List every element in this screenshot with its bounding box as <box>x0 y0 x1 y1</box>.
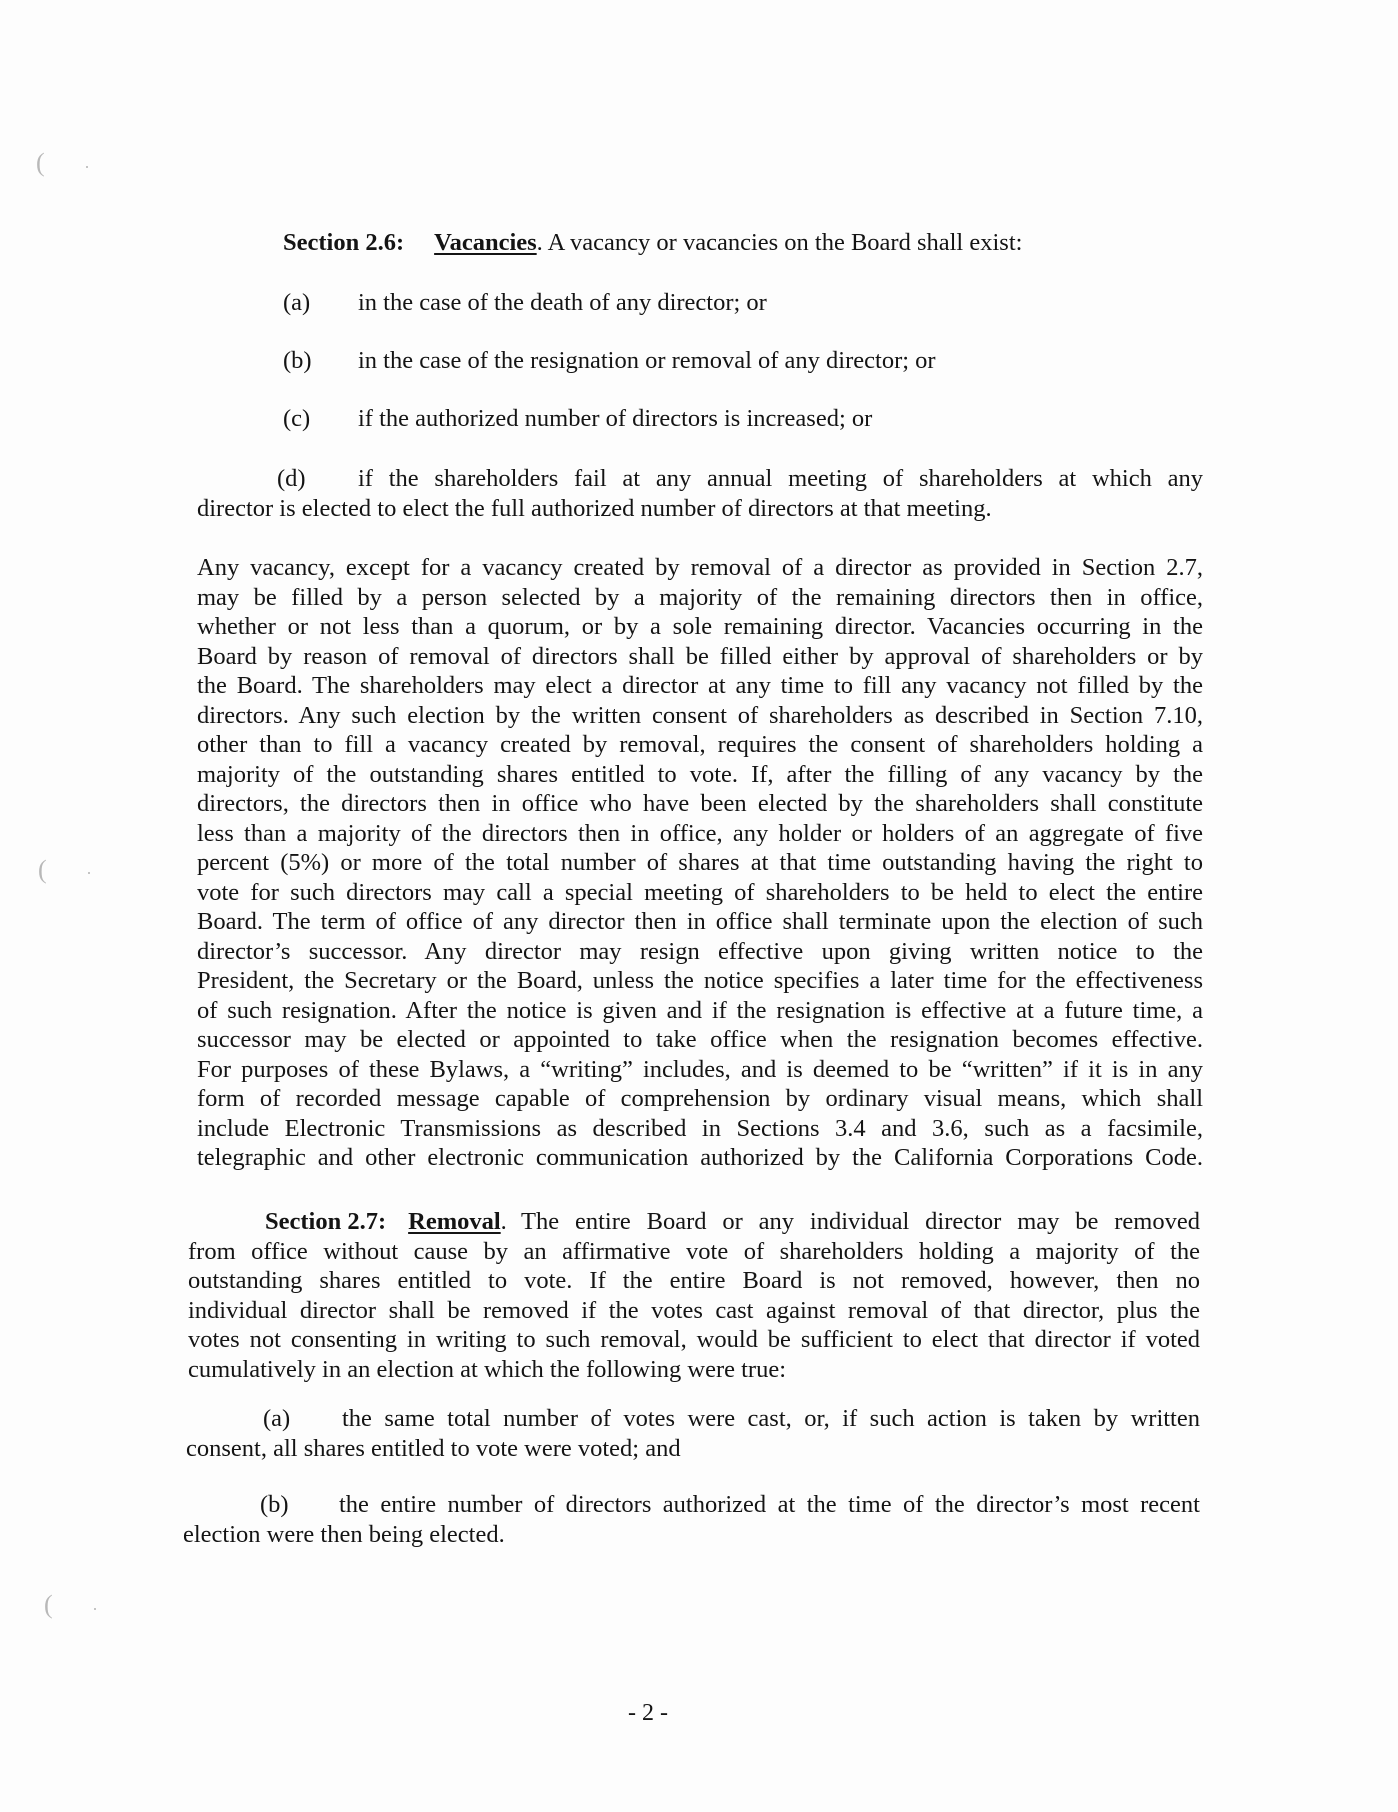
section-2-7-first-line: The entire Board or any individual direc… <box>521 1207 1200 1237</box>
section-intro: A vacancy or vacancies on the Board shal… <box>543 229 1023 256</box>
section-label: Section 2.7: <box>265 1208 386 1235</box>
list-item: (a) <box>283 288 310 318</box>
paragraph-line: vote for such directors may call a speci… <box>197 878 1203 908</box>
paragraph-line: may be filled by a person selected by a … <box>197 583 1203 613</box>
scan-artifact-mark: ( <box>44 1590 53 1620</box>
item-d-line-2: director is elected to elect the full au… <box>197 494 1203 524</box>
section-2-6-heading: Section 2.6:Vacancies. A vacancy or vaca… <box>283 228 1022 258</box>
paragraph-line: cumulatively in an election at which the… <box>188 1355 1200 1385</box>
item-marker: (d) <box>277 464 306 494</box>
paragraph-line: majority of the outstanding shares entit… <box>197 760 1203 790</box>
paragraph-line: whether or not less than a quorum, or by… <box>197 612 1203 642</box>
vacancy-paragraph: Any vacancy, except for a vacancy create… <box>197 553 1203 1173</box>
item-marker: (b) <box>283 347 312 374</box>
list-item-d: (d) if the shareholders fail at any annu… <box>197 464 1203 523</box>
paragraph-line: individual director shall be removed if … <box>188 1296 1200 1326</box>
list-item-text: if the authorized number of directors is… <box>358 404 872 434</box>
paragraph-line: the Board. The shareholders may elect a … <box>197 671 1203 701</box>
paragraph-line: other than to fill a vacancy created by … <box>197 730 1203 760</box>
list-item: (b) <box>283 346 312 376</box>
paragraph-line: of such resignation. After the notice is… <box>197 996 1203 1026</box>
item-a-line-2: consent, all shares entitled to vote wer… <box>186 1434 1200 1464</box>
paragraph-line: director’s successor. Any director may r… <box>197 937 1203 967</box>
paragraph-line: Board. The term of office of any directo… <box>197 907 1203 937</box>
scan-artifact-mark: ( <box>36 148 45 178</box>
scan-artifact-dot <box>88 872 90 874</box>
item-marker: (a) <box>263 1404 290 1434</box>
page-number: - 2 - <box>608 1700 688 1727</box>
paragraph-line: less than a majority of the directors th… <box>197 819 1203 849</box>
item-d-line-1: if the shareholders fail at any annual m… <box>358 464 1203 494</box>
removal-item-a: (a) the same total number of votes were … <box>186 1404 1200 1463</box>
paragraph-line: successor may be elected or appointed to… <box>197 1025 1203 1055</box>
item-a-line-1: the same total number of votes were cast… <box>342 1404 1200 1434</box>
item-marker: (c) <box>283 405 310 432</box>
section-title: Vacancies <box>434 229 537 256</box>
list-item-text: in the case of the death of any director… <box>358 288 767 318</box>
paragraph-line: outstanding shares entitled to vote. If … <box>188 1266 1200 1296</box>
paragraph-line: For purposes of these Bylaws, a “writing… <box>197 1055 1203 1085</box>
paragraph-line: votes not consenting in writing to such … <box>188 1325 1200 1355</box>
item-marker: (b) <box>260 1490 289 1520</box>
section-title: Removal <box>408 1208 501 1235</box>
paragraph-line: percent (5%) or more of the total number… <box>197 848 1203 878</box>
item-b-line-1: the entire number of directors authorize… <box>339 1490 1200 1520</box>
scan-artifact-dot <box>86 166 88 168</box>
paragraph-line: telegraphic and other electronic communi… <box>197 1143 1203 1173</box>
scan-artifact-dot <box>94 1608 96 1610</box>
paragraph-line: from office without cause by an affirmat… <box>188 1237 1200 1267</box>
section-2-7: Section 2.7:Removal. The entire Board or… <box>188 1207 1200 1384</box>
paragraph-line: directors, the directors then in office … <box>197 789 1203 819</box>
list-item-text: in the case of the resignation or remova… <box>358 346 936 376</box>
title-punct: . <box>501 1208 507 1235</box>
scan-artifact-mark: ( <box>38 855 47 885</box>
item-b-line-2: election were then being elected. <box>183 1520 1200 1550</box>
paragraph-line: form of recorded message capable of comp… <box>197 1084 1203 1114</box>
paragraph-line: include Electronic Transmissions as desc… <box>197 1114 1203 1144</box>
list-item: (c) <box>283 404 310 434</box>
paragraph-line: Any vacancy, except for a vacancy create… <box>197 553 1203 583</box>
section-label: Section 2.6: <box>283 229 404 256</box>
section-2-7-heading: Section 2.7:Removal. <box>265 1207 507 1237</box>
paragraph-line: President, the Secretary or the Board, u… <box>197 966 1203 996</box>
paragraph-line: Board by reason of removal of directors … <box>197 642 1203 672</box>
paragraph-line: directors. Any such election by the writ… <box>197 701 1203 731</box>
document-page: ( ( ( Section 2.6:Vacancies. A vacancy o… <box>0 0 1398 1812</box>
removal-item-b: (b) the entire number of directors autho… <box>183 1490 1200 1549</box>
item-marker: (a) <box>283 289 310 316</box>
